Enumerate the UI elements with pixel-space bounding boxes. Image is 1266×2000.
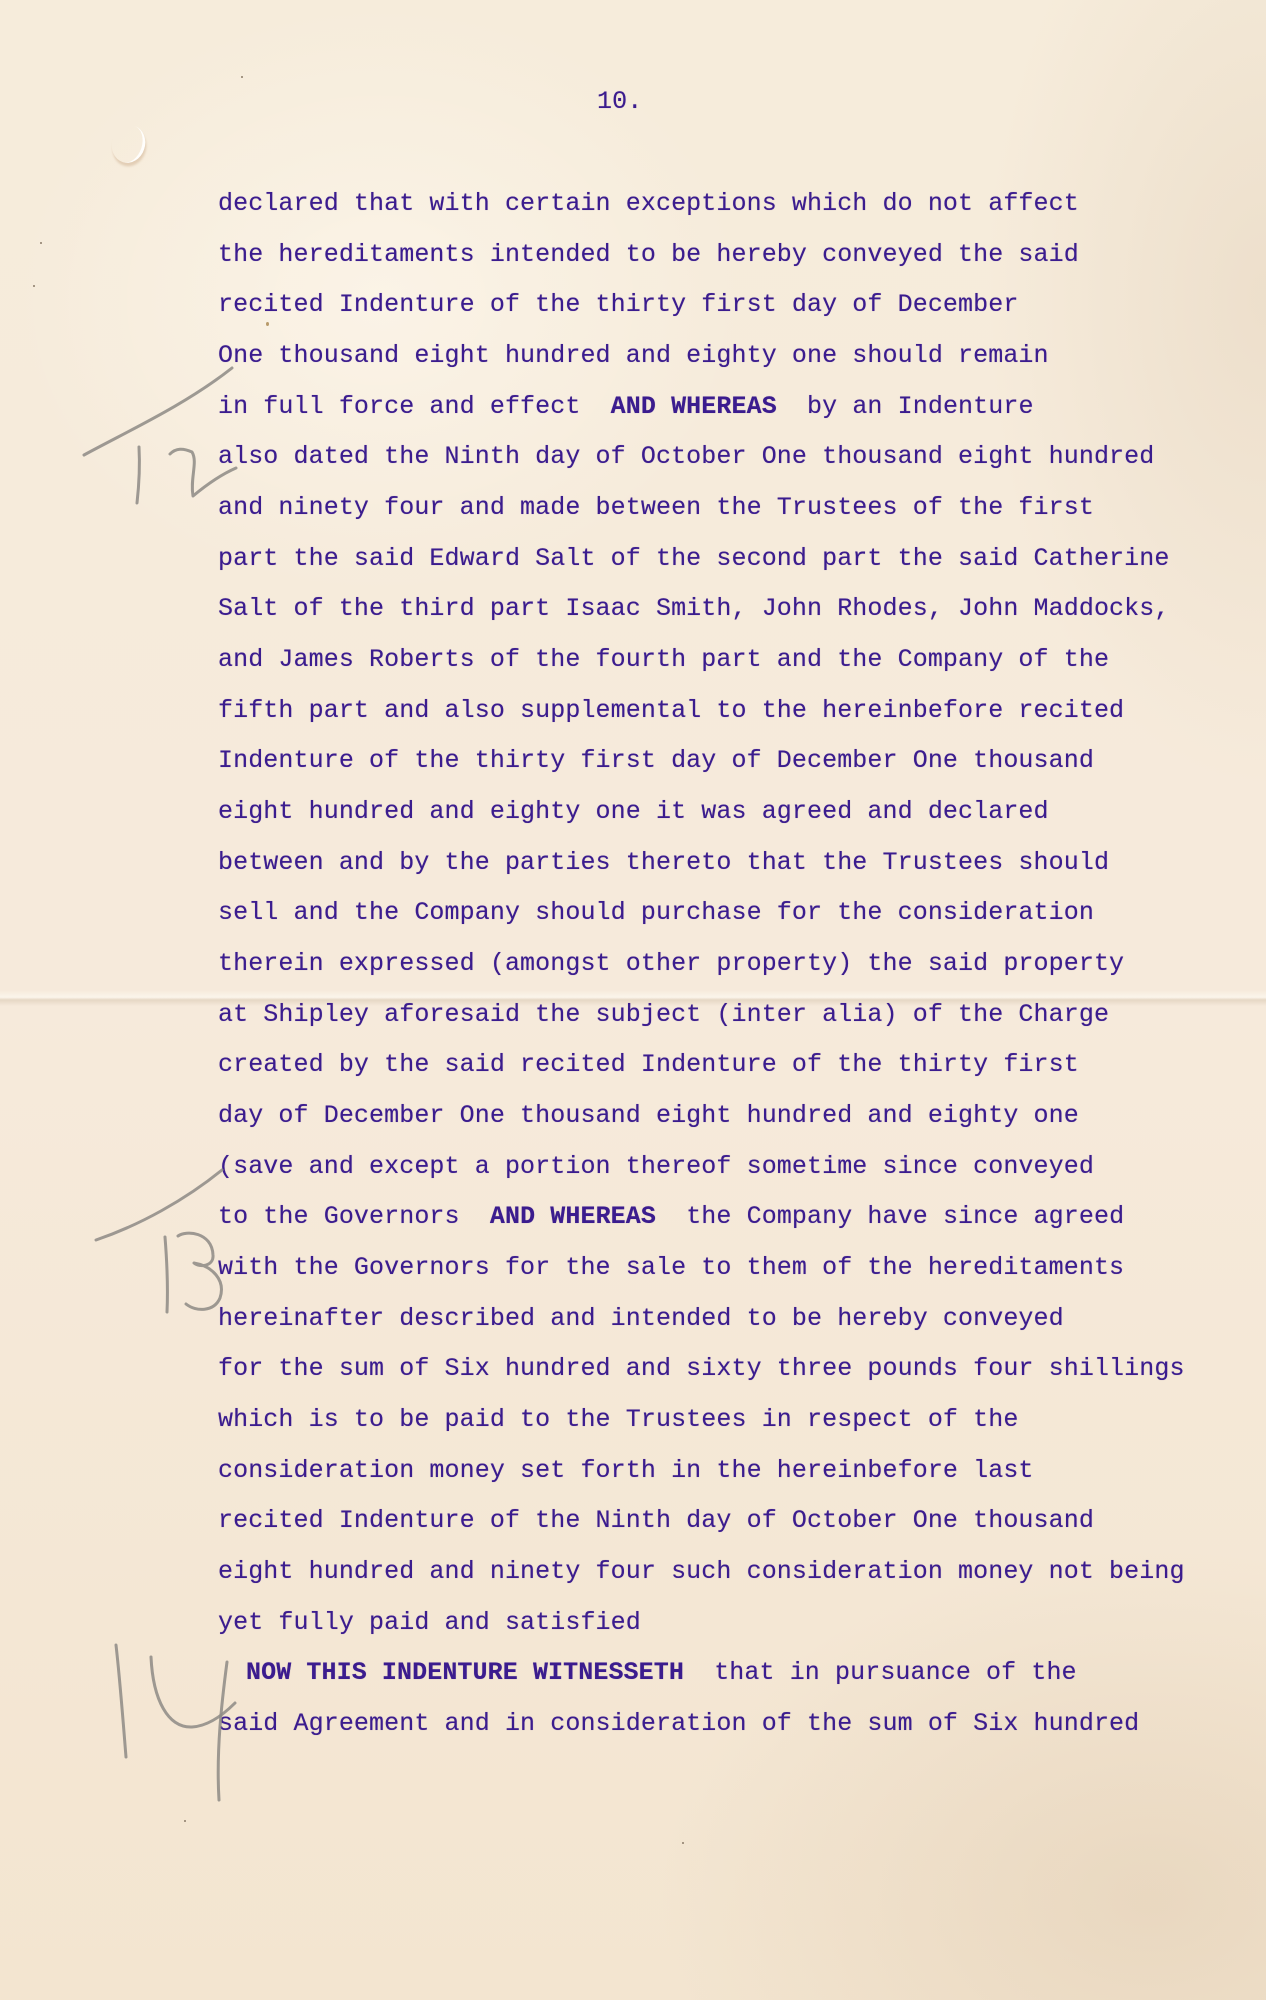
text-line: in full force and effect AND WHEREAS by … [218,394,1034,419]
line-text: created by the said recited Indenture of… [218,1050,1079,1079]
line-text: fifth part and also supplemental to the … [218,696,1124,725]
line-text: also dated the Ninth day of October One … [218,442,1154,471]
line-text: that in pursuance of the [684,1658,1077,1687]
text-line: at Shipley aforesaid the subject (inter … [218,1002,1109,1027]
line-text: consideration money set forth in the her… [218,1456,1034,1485]
text-line: sell and the Company should purchase for… [218,900,1094,925]
line-text: in full force and effect [218,392,611,421]
paper-speck [184,1820,186,1822]
emphasized-phrase: AND WHEREAS [611,392,777,421]
line-text: by an Indenture [777,392,1034,421]
line-text: therein expressed (amongst other propert… [218,949,1124,978]
line-text: the Company have since agreed [656,1202,1124,1231]
line-text: said Agreement and in consideration of t… [218,1709,1139,1738]
paper-dent-mark [107,121,150,167]
text-line: One thousand eight hundred and eighty on… [218,343,1049,368]
document-page: 10. declared that with certain exception… [0,0,1266,2000]
text-line: part the said Edward Salt of the second … [218,546,1169,571]
text-line: (save and except a portion thereof somet… [218,1154,1094,1179]
text-line: NOW THIS INDENTURE WITNESSETH that in pu… [246,1660,1077,1685]
text-line: recited Indenture of the thirty first da… [218,292,1018,317]
line-text: (save and except a portion thereof somet… [218,1152,1094,1181]
text-line: hereinafter described and intended to be… [218,1306,1064,1331]
paper-speck [40,242,42,244]
paper-speck [33,285,35,287]
text-line: between and by the parties thereto that … [218,850,1109,875]
text-line: therein expressed (amongst other propert… [218,951,1124,976]
line-text: and ninety four and made between the Tru… [218,493,1094,522]
line-text: recited Indenture of the thirty first da… [218,290,1018,319]
line-text: between and by the parties thereto that … [218,848,1109,877]
page-number: 10. [597,89,642,114]
line-text: eight hundred and eighty one it was agre… [218,797,1049,826]
text-line: Indenture of the thirty first day of Dec… [218,748,1094,773]
text-line: declared that with certain exceptions wh… [218,191,1079,216]
text-line: said Agreement and in consideration of t… [218,1711,1139,1736]
line-text: day of December One thousand eight hundr… [218,1101,1079,1130]
emphasized-phrase: AND WHEREAS [490,1202,656,1231]
paper-speck [682,1842,684,1844]
text-line: fifth part and also supplemental to the … [218,698,1124,723]
text-line: Salt of the third part Isaac Smith, John… [218,596,1169,621]
line-text: the hereditaments intended to be hereby … [218,240,1079,269]
paper-speck [241,76,243,78]
text-line: with the Governors for the sale to them … [218,1255,1124,1280]
line-text: Salt of the third part Isaac Smith, John… [218,594,1169,623]
text-line: which is to be paid to the Trustees in r… [218,1407,1018,1432]
line-text: part the said Edward Salt of the second … [218,544,1169,573]
annotation-12-icon [84,368,236,503]
text-line: eight hundred and eighty one it was agre… [218,799,1049,824]
line-text: for the sum of Six hundred and sixty thr… [218,1354,1185,1383]
line-text: eight hundred and ninety four such consi… [218,1557,1185,1586]
text-line: created by the said recited Indenture of… [218,1052,1079,1077]
emphasized-phrase: NOW THIS INDENTURE WITNESSETH [246,1658,684,1687]
text-line: day of December One thousand eight hundr… [218,1103,1079,1128]
text-line: eight hundred and ninety four such consi… [218,1559,1185,1584]
line-text: yet fully paid and satisfied [218,1608,641,1637]
line-text: with the Governors for the sale to them … [218,1253,1124,1282]
text-line: and ninety four and made between the Tru… [218,495,1094,520]
text-line: and James Roberts of the fourth part and… [218,647,1109,672]
line-text: to the Governors [218,1202,490,1231]
text-line: to the Governors AND WHEREAS the Company… [218,1204,1124,1229]
line-text: and James Roberts of the fourth part and… [218,645,1109,674]
line-text: Indenture of the thirty first day of Dec… [218,746,1094,775]
line-text: at Shipley aforesaid the subject (inter … [218,1000,1109,1029]
line-text: sell and the Company should purchase for… [218,898,1094,927]
text-line: the hereditaments intended to be hereby … [218,242,1079,267]
line-text: One thousand eight hundred and eighty on… [218,341,1049,370]
text-line: recited Indenture of the Ninth day of Oc… [218,1508,1094,1533]
line-text: recited Indenture of the Ninth day of Oc… [218,1506,1094,1535]
text-line: yet fully paid and satisfied [218,1610,641,1635]
text-line: for the sum of Six hundred and sixty thr… [218,1356,1185,1381]
annotation-13-icon [96,1170,222,1312]
paper-speck [266,322,269,326]
line-text: hereinafter described and intended to be… [218,1304,1064,1333]
line-text: declared that with certain exceptions wh… [218,189,1079,218]
line-text: which is to be paid to the Trustees in r… [218,1405,1018,1434]
text-line: consideration money set forth in the her… [218,1458,1034,1483]
text-line: also dated the Ninth day of October One … [218,444,1154,469]
